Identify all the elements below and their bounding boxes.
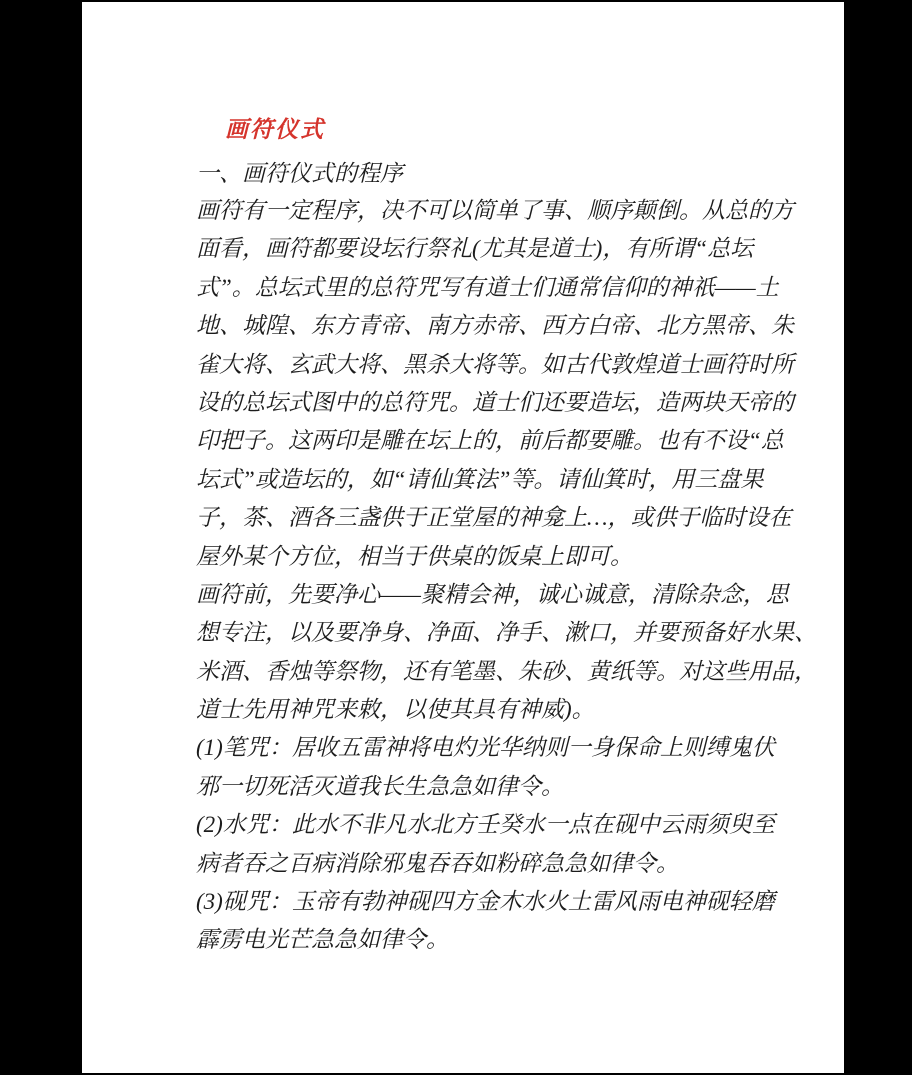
section-heading: 一、画符仪式的程序 bbox=[196, 160, 403, 188]
text-line: 霹雳电光芒急急如律令。 bbox=[196, 921, 864, 959]
text-line: 子，茶、酒各三盏供于正堂屋的神龛上…，或供于临时设在 bbox=[196, 499, 864, 537]
text-line: 米酒、香烛等祭物，还有笔墨、朱砂、黄纸等。对这些用品， bbox=[196, 653, 864, 691]
letterbox-background: 画符仪式 一、画符仪式的程序 画符有一定程序，决不可以简单了事、顺序颠倒。从总的… bbox=[0, 0, 912, 1075]
text-line: 面看，画符都要设坛行祭礼(尤其是道士)，有所谓“总坛 bbox=[196, 230, 864, 268]
text-line: 雀大将、玄武大将、黑杀大将等。如古代敦煌道士画符时所 bbox=[196, 346, 864, 384]
document-page: 画符仪式 一、画符仪式的程序 画符有一定程序，决不可以简单了事、顺序颠倒。从总的… bbox=[82, 2, 844, 1073]
text-line: 画符前，先要净心——聚精会神，诚心诚意，清除杂念，思 bbox=[196, 576, 864, 614]
text-line: (1)笔咒：居收五雷神将电灼光华纳则一身保命上则缚鬼伏 bbox=[196, 729, 864, 767]
text-line: 想专注，以及要净身、净面、净手、漱口，并要预备好水果、 bbox=[196, 614, 864, 652]
text-line: 印把子。这两印是雕在坛上的，前后都要雕。也有不设“总 bbox=[196, 422, 864, 460]
text-line: 设的总坛式图中的总符咒。道士们还要造坛，造两块天帝的 bbox=[196, 384, 864, 422]
text-line: (3)砚咒：玉帝有勃神砚四方金木水火土雷风雨电神砚轻磨 bbox=[196, 883, 864, 921]
text-line: 式”。总坛式里的总符咒写有道士们通常信仰的神祇——土 bbox=[196, 269, 864, 307]
text-line: 道士先用神咒来敕，以使其具有神威)。 bbox=[196, 691, 864, 729]
text-line: 坛式”或造坛的，如“请仙箕法”等。请仙箕时，用三盘果 bbox=[196, 461, 864, 499]
text-line: 画符有一定程序，决不可以简单了事、顺序颠倒。从总的方 bbox=[196, 192, 864, 230]
text-line: 邪一切死活灭道我长生急急如律令。 bbox=[196, 768, 864, 806]
page-title: 画符仪式 bbox=[225, 116, 325, 144]
text-line: 病者吞之百病消除邪鬼吞吞如粉碎急急如律令。 bbox=[196, 845, 864, 883]
text-line: 地、城隍、东方青帝、南方赤帝、西方白帝、北方黑帝、朱 bbox=[196, 307, 864, 345]
text-line: (2)水咒：此水不非凡水北方壬癸水一点在砚中云雨须臾至 bbox=[196, 806, 864, 844]
body-text: 画符有一定程序，决不可以简单了事、顺序颠倒。从总的方 面看，画符都要设坛行祭礼(… bbox=[196, 192, 864, 960]
text-line: 屋外某个方位，相当于供桌的饭桌上即可。 bbox=[196, 538, 864, 576]
